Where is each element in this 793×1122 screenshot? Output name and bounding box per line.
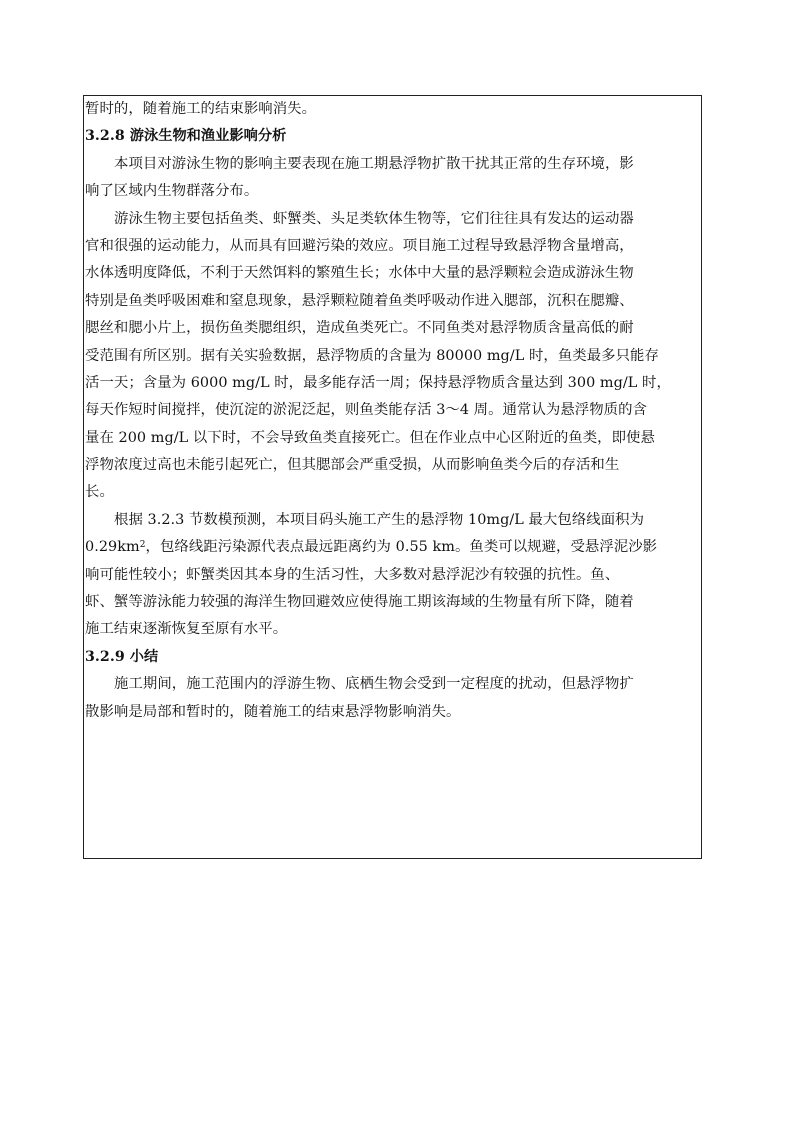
section-heading-3-2-8: 3.2.8 游泳生物和渔业影响分析: [85, 123, 702, 150]
text-line: 每天作短时间搅拌，使沉淀的淤泥泛起，则鱼类能存活 3～4 周。通常认为悬浮物质的…: [85, 397, 702, 424]
text-segment: ，包络线距污染源代表点最远距离约为 0.55 km。鱼类可以规避，受悬浮泥沙影: [146, 539, 658, 555]
text-line: 量在 200 mg/L 以下时，不会导致鱼类直接死亡。但在作业点中心区附近的鱼类…: [85, 425, 702, 452]
document-body: 暂时的，随着施工的结束影响消失。 3.2.8 游泳生物和渔业影响分析 本项目对游…: [85, 96, 702, 726]
text-line: 活一天；含量为 6000 mg/L 时，最多能存活一周；保持悬浮物质含量达到 3…: [85, 370, 702, 397]
section-heading-3-2-9: 3.2.9 小结: [85, 644, 702, 671]
superscript: 2: [140, 540, 146, 550]
text-line-with-superscript: 0.29km2，包络线距污染源代表点最远距离约为 0.55 km。鱼类可以规避，…: [85, 534, 702, 561]
text-line: 官和很强的运动能力，从而具有回避污染的效应。项目施工过程导致悬浮物含量增高，: [85, 233, 702, 260]
text-line: 浮物浓度过高也未能引起死亡，但其腮部会严重受损，从而影响鱼类今后的存活和生: [85, 452, 702, 479]
text-line: 根据 3.2.3 节数模预测，本项目码头施工产生的悬浮物 10mg/L 最大包络…: [85, 507, 702, 534]
text-line: 散影响是局部和暂时的，随着施工的结束悬浮物影响消失。: [85, 699, 702, 726]
text-line: 虾、蟹等游泳能力较强的海洋生物回避效应使得施工期该海域的生物量有所下降，随着: [85, 589, 702, 616]
area-value: 0.29km: [85, 539, 140, 555]
text-line: 受范围有所区别。据有关实验数据，悬浮物质的含量为 80000 mg/L 时，鱼类…: [85, 343, 702, 370]
document-table-cell: 暂时的，随着施工的结束影响消失。 3.2.8 游泳生物和渔业影响分析 本项目对游…: [83, 95, 702, 859]
text-line: 施工结束逐渐恢复至原有水平。: [85, 616, 702, 643]
text-line: 水体透明度降低，不利于天然饵料的繁殖生长；水体中大量的悬浮颗粒会造成游泳生物: [85, 260, 702, 287]
text-line: 游泳生物主要包括鱼类、虾蟹类、头足类软体生物等，它们往往具有发达的运动器: [85, 206, 702, 233]
text-line: 暂时的，随着施工的结束影响消失。: [85, 96, 702, 123]
text-line: 响可能性较小；虾蟹类因其本身的生活习性，大多数对悬浮泥沙有较强的抗性。鱼、: [85, 562, 702, 589]
text-line: 本项目对游泳生物的影响主要表现在施工期悬浮物扩散干扰其正常的生存环境，影: [85, 151, 702, 178]
text-line: 特别是鱼类呼吸困难和窒息现象，悬浮颗粒随着鱼类呼吸动作进入腮部，沉积在腮瓣、: [85, 288, 702, 315]
text-line: 腮丝和腮小片上，损伤鱼类腮组织，造成鱼类死亡。不同鱼类对悬浮物质含量高低的耐: [85, 315, 702, 342]
text-line: 施工期间，施工范围内的浮游生物、底栖生物会受到一定程度的扰动，但悬浮物扩: [85, 671, 702, 698]
text-line: 长。: [85, 479, 702, 506]
text-line: 响了区域内生物群落分布。: [85, 178, 702, 205]
